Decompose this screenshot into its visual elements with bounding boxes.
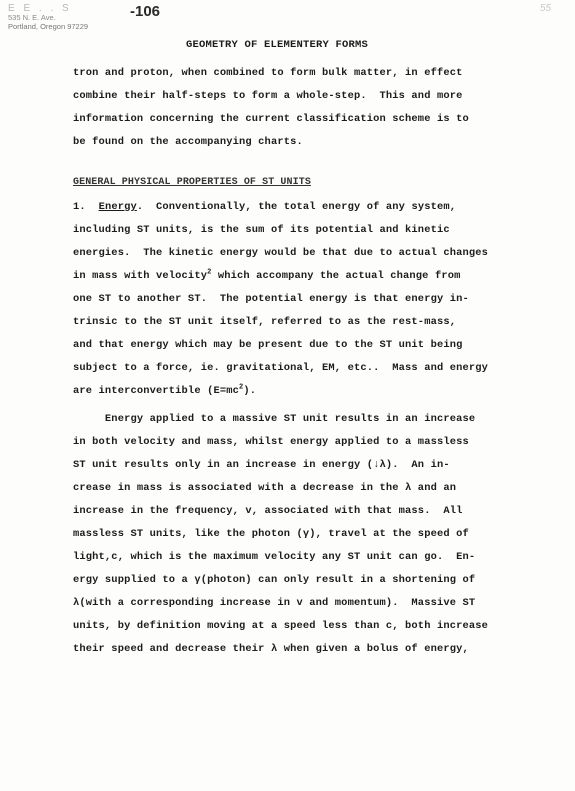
paragraph-line: ergy supplied to a γ(photon) can only re… — [73, 574, 475, 586]
energy-text: which accompany the actual change from — [211, 270, 460, 282]
paragraph-line: λ(with a corresponding increase in v and… — [73, 597, 475, 609]
stamp-line-3: Portland, Oregon 97229 — [8, 22, 88, 31]
energy-line-1: 1. Energy. Conventionally, the total ene… — [73, 201, 456, 213]
page-title: GEOMETRY OF ELEMENTERY FORMS — [186, 39, 368, 51]
corner-pencil-mark: 55 — [540, 3, 551, 14]
energy-label: Energy — [99, 201, 137, 213]
paragraph-line: in both velocity and mass, whilst energy… — [73, 436, 469, 448]
intro-line: tron and proton, when combined to form b… — [73, 67, 463, 79]
paragraph-line: Energy applied to a massive ST unit resu… — [73, 413, 475, 425]
energy-line-8: subject to a force, ie. gravitational, E… — [73, 362, 488, 374]
document-page: E E . . S 535 N. E. Ave. Portland, Orego… — [0, 0, 575, 791]
paragraph-line: crease in mass is associated with a decr… — [73, 482, 456, 494]
stamp-line-2: 535 N. E. Ave. — [8, 13, 88, 22]
energy-text: ). — [243, 385, 256, 397]
paragraph-line: their speed and decrease their λ when gi… — [73, 643, 469, 655]
energy-line-7: and that energy which may be present due… — [73, 339, 463, 351]
energy-text: . Conventionally, the total energy of an… — [137, 201, 456, 213]
item-number: 1. — [73, 201, 86, 213]
paragraph-line: increase in the frequency, v, associated… — [73, 505, 463, 517]
energy-line-2: including ST units, is the sum of its po… — [73, 224, 450, 236]
address-stamp: E E . . S 535 N. E. Ave. Portland, Orego… — [8, 4, 88, 31]
paragraph-line: ST unit results only in an increase in e… — [73, 459, 450, 471]
energy-text: are interconvertible (E=mc — [73, 385, 239, 397]
intro-line: be found on the accompanying charts. — [73, 136, 303, 148]
energy-line-9: are interconvertible (E=mc2). — [73, 385, 256, 397]
energy-line-3: energies. The kinetic energy would be th… — [73, 247, 488, 259]
energy-text: in mass with velocity — [73, 270, 207, 282]
energy-line-4: in mass with velocity2 which accompany t… — [73, 270, 460, 282]
section-heading: GENERAL PHYSICAL PROPERTIES OF ST UNITS — [73, 177, 311, 188]
intro-line: combine their half-steps to form a whole… — [73, 90, 463, 102]
paragraph-line: light,c, which is the maximum velocity a… — [73, 551, 475, 563]
stamp-line-1: E E . . S — [8, 4, 88, 13]
energy-line-6: trinsic to the ST unit itself, referred … — [73, 316, 456, 328]
handwritten-page-number: -106 — [130, 3, 160, 20]
energy-line-5: one ST to another ST. The potential ener… — [73, 293, 469, 305]
intro-line: information concerning the current class… — [73, 113, 469, 125]
paragraph-line: units, by definition moving at a speed l… — [73, 620, 488, 632]
paragraph-line: massless ST units, like the photon (γ), … — [73, 528, 469, 540]
